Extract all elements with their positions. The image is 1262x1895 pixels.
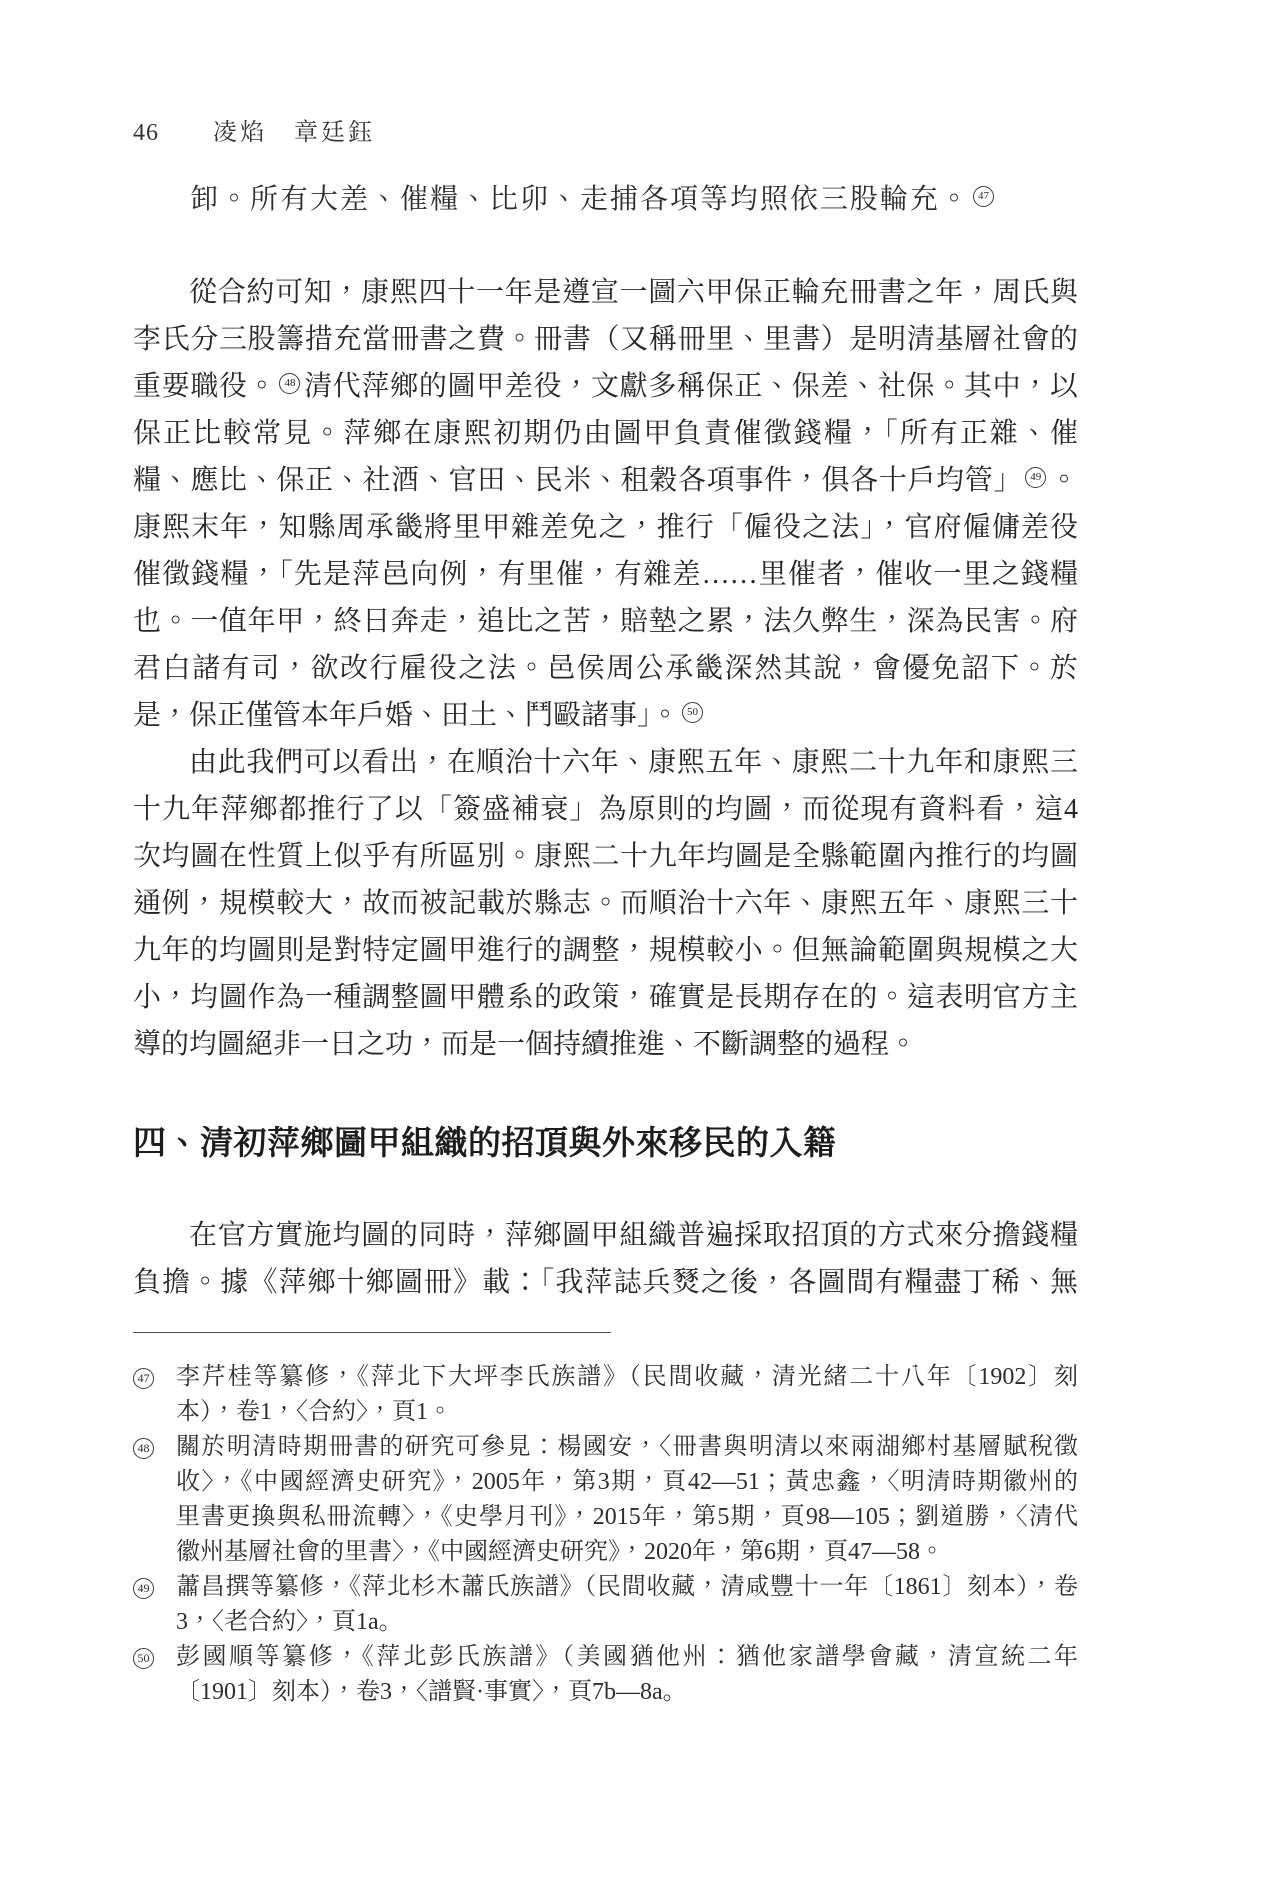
paragraph-3: 在官方實施均圖的同時，萍鄉圖甲組織普遍採取招頂的方式來分擔錢糧 負擔。據《萍鄉十…: [133, 1212, 1078, 1306]
document-page: 46 凌焰 章廷鈺 卸。所有大差、催糧、比卯、走捕各項等均照依三股輪充。47 從…: [0, 0, 1262, 1895]
text-line: 從合約可知，康熙四十一年是遵宣一圖六甲保正輪充冊書之年，周氏與: [133, 269, 1078, 316]
footnote-text: 李芹桂等纂修，《萍北下大坪李氏族譜》（民間收藏，清光緒二十八年〔1902〕刻 本…: [176, 1360, 1078, 1430]
text-line: 由此我們可以看出，在順治十六年、康熙五年、康熙二十九年和康熙三: [133, 739, 1078, 786]
footnote-line: 李芹桂等纂修，《萍北下大坪李氏族譜》（民間收藏，清光緒二十八年〔1902〕刻: [176, 1360, 1078, 1395]
page-header: 46 凌焰 章廷鈺: [133, 118, 1078, 148]
footnote-marker: 50: [133, 1640, 176, 1675]
footnote-48: 48 關於明清時期冊書的研究可參見：楊國安，〈冊書與明清以來兩湖鄉村基層賦稅徵 …: [133, 1430, 1078, 1570]
running-authors: 凌焰 章廷鈺: [213, 118, 375, 148]
footnote-50: 50 彭國順等纂修，《萍北彭氏族譜》（美國猶他州：猶他家譜學會藏，清宣統二年 〔…: [133, 1640, 1078, 1710]
text-line: 君白諸有司，欲改行雇役之法。邑侯周公承畿深然其說，會優免詔下。於: [133, 645, 1078, 692]
footnote-ref-50: 50: [682, 702, 703, 723]
text-line: 重要職役。48清代萍鄉的圖甲差役，文獻多稱保正、保差、社保。其中，以: [133, 363, 1078, 410]
footnote-line: 彭國順等纂修，《萍北彭氏族譜》（美國猶他州：猶他家譜學會藏，清宣統二年: [176, 1640, 1078, 1675]
footnote-line: 徽州基層社會的里書〉，《中國經濟史研究》，2020年，第6期，頁47—58。: [176, 1535, 1078, 1570]
page-number: 46: [133, 118, 159, 148]
footnote-line: 收〉，《中國經濟史研究》，2005年，第3期，頁42—51；黃忠鑫，〈明清時期徽…: [176, 1465, 1078, 1500]
paragraph-1: 從合約可知，康熙四十一年是遵宣一圖六甲保正輪充冊書之年，周氏與 李氏分三股籌措充…: [133, 269, 1078, 739]
footnote-line: 3，〈老合約〉，頁1a。: [176, 1605, 1078, 1640]
footnote-line: 蕭昌撰等纂修，《萍北杉木蕭氏族譜》（民間收藏，清咸豐十一年〔1861〕刻本），卷: [176, 1570, 1078, 1605]
text-line: 小，均圖作為一種調整圖甲體系的政策，確實是長期存在的。這表明官方主: [133, 974, 1078, 1021]
quote-text: 卸。所有大差、催糧、比卯、走捕各項等均照依三股輪充。: [190, 184, 970, 215]
circled-number: 50: [133, 1648, 154, 1669]
section-heading: 四、清初萍鄉圖甲組織的招頂與外來移民的入籍: [133, 1120, 1078, 1168]
footnote-marker: 49: [133, 1570, 176, 1605]
text-line: 催徵錢糧，「先是萍邑向例，有里催，有雜差……里催者，催收一里之錢糧: [133, 551, 1078, 598]
text-line: 次均圖在性質上似乎有所區別。康熙二十九年均圖是全縣範圍內推行的均圖: [133, 833, 1078, 880]
footnote-line: 關於明清時期冊書的研究可參見：楊國安，〈冊書與明清以來兩湖鄉村基層賦稅徵: [176, 1430, 1078, 1465]
circled-number: 48: [133, 1438, 154, 1459]
footnote-ref-48: 48: [279, 373, 300, 394]
text-segment: 糧、應比、保正、社酒、官田、民米、租穀各項事件，俱各十戶均管」: [133, 465, 1022, 496]
text-line: 是，保正僅管本年戶婚、田土、鬥毆諸事」。50: [133, 692, 1078, 739]
text-line: 通例，規模較大，故而被記載於縣志。而順治十六年、康熙五年、康熙三十: [133, 880, 1078, 927]
footnote-text: 關於明清時期冊書的研究可參見：楊國安，〈冊書與明清以來兩湖鄉村基層賦稅徵 收〉，…: [176, 1430, 1078, 1570]
text-line: 李氏分三股籌措充當冊書之費。冊書（又稱冊里、里書）是明清基層社會的: [133, 316, 1078, 363]
footnote-text: 蕭昌撰等纂修，《萍北杉木蕭氏族譜》（民間收藏，清咸豐十一年〔1861〕刻本），卷…: [176, 1570, 1078, 1640]
footnote-ref-49: 49: [1025, 467, 1046, 488]
text-segment: 。: [1049, 465, 1078, 496]
footnote-47: 47 李芹桂等纂修，《萍北下大坪李氏族譜》（民間收藏，清光緒二十八年〔1902〕…: [133, 1360, 1078, 1430]
text-line: 在官方實施均圖的同時，萍鄉圖甲組織普遍採取招頂的方式來分擔錢糧: [133, 1212, 1078, 1259]
text-line: 保正比較常見。萍鄉在康熙初期仍由圖甲負責催徵錢糧，「所有正雜、催: [133, 410, 1078, 457]
footnote-marker: 48: [133, 1430, 176, 1465]
footnote-ref-47: 47: [973, 186, 994, 207]
text-segment: 重要職役。: [133, 371, 276, 402]
footnote-line: 里書更換與私冊流轉〉，《史學月刊》，2015年，第5期，頁98—105；劉道勝，…: [176, 1500, 1078, 1535]
text-line: 康熙末年，知縣周承畿將里甲雜差免之，推行「僱役之法」，官府僱傭差役: [133, 504, 1078, 551]
text-line: 九年的均圖則是對特定圖甲進行的調整，規模較小。但無論範圍與規模之大: [133, 927, 1078, 974]
footnote-text: 彭國順等纂修，《萍北彭氏族譜》（美國猶他州：猶他家譜學會藏，清宣統二年 〔190…: [176, 1640, 1078, 1710]
text-segment: 是，保正僅管本年戶婚、田土、鬥毆諸事」。: [133, 700, 679, 731]
footnote-line: 本），卷1，〈合約〉，頁1。: [176, 1395, 1078, 1430]
circled-number: 49: [133, 1578, 154, 1599]
text-line: 也。一值年甲，終日奔走，追比之苦，賠墊之累，法久弊生，深為民害。府: [133, 598, 1078, 645]
footnotes-section: 47 李芹桂等纂修，《萍北下大坪李氏族譜》（民間收藏，清光緒二十八年〔1902〕…: [133, 1360, 1078, 1710]
block-quote: 卸。所有大差、催糧、比卯、走捕各項等均照依三股輪充。47: [190, 182, 1078, 218]
footnote-marker: 47: [133, 1360, 176, 1395]
text-line: 負擔。據《萍鄉十鄉圖冊》載：「我萍誌兵燹之後，各圖間有糧盡丁稀、無: [133, 1259, 1078, 1306]
footnote-49: 49 蕭昌撰等纂修，《萍北杉木蕭氏族譜》（民間收藏，清咸豐十一年〔1861〕刻本…: [133, 1570, 1078, 1640]
text-line: 導的均圖絕非一日之功，而是一個持續推進、不斷調整的過程。: [133, 1021, 1078, 1068]
footnote-separator: [133, 1332, 611, 1333]
text-line: 糧、應比、保正、社酒、官田、民米、租穀各項事件，俱各十戶均管」49。: [133, 457, 1078, 504]
footnote-line: 〔1901〕刻本），卷3，〈譜賢·事實〉，頁7b—8a。: [176, 1675, 1078, 1710]
text-line: 十九年萍鄉都推行了以「簽盛補衰」為原則的均圖，而從現有資料看，這4: [133, 786, 1078, 833]
paragraph-2: 由此我們可以看出，在順治十六年、康熙五年、康熙二十九年和康熙三 十九年萍鄉都推行…: [133, 739, 1078, 1068]
text-segment: 清代萍鄉的圖甲差役，文獻多稱保正、保差、社保。其中，以: [303, 371, 1078, 402]
circled-number: 47: [133, 1368, 154, 1389]
